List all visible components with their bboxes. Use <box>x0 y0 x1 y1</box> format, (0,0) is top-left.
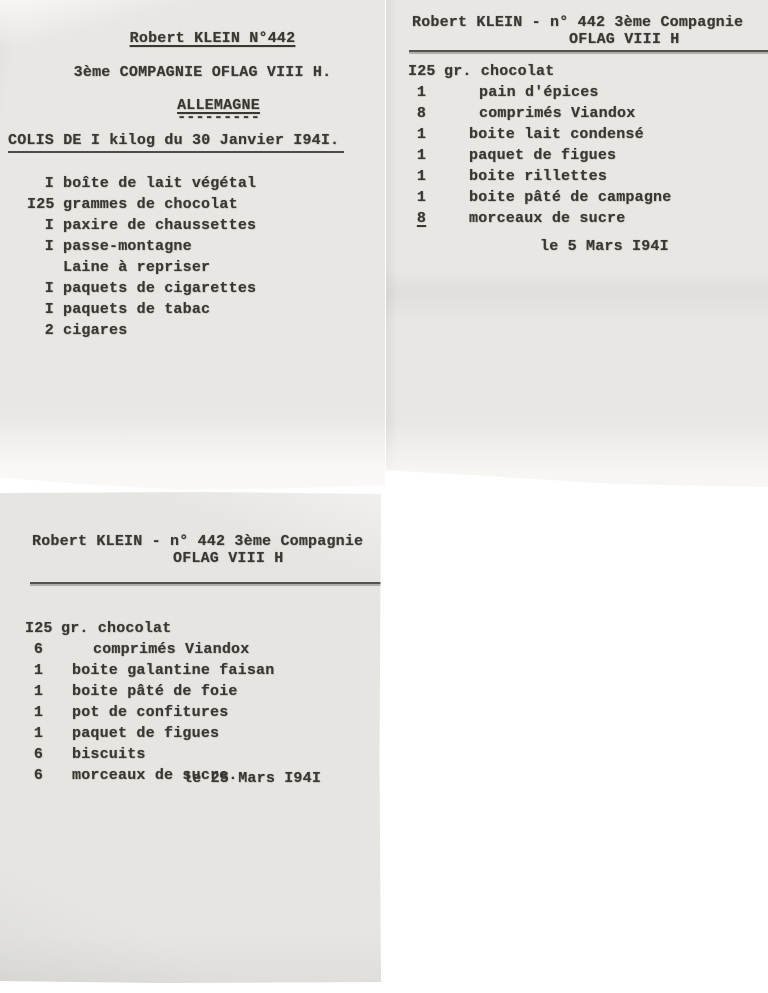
parcel-note-25-mars-1941: Robert KLEIN - n° 442 3ème Compagnie OFL… <box>0 492 381 984</box>
item-desc: gr. chocolat <box>61 618 171 639</box>
item-line: I25grammes de chocolat <box>27 194 256 215</box>
item-line: Ipaxire de chaussettes <box>27 215 256 236</box>
item-qty: 6 <box>25 639 52 660</box>
item-line: 1boite pâté de campagne <box>408 187 671 208</box>
item-desc: paquets de tabac <box>63 299 210 320</box>
item-desc: boite pâté de campagne <box>469 187 671 208</box>
item-qty: I25 <box>408 61 435 82</box>
item-qty: I25 <box>25 618 52 639</box>
parcel-title-line: COLIS DE I kilog du 30 Janvier I94I. <box>8 132 344 153</box>
item-qty: 1 <box>408 166 435 187</box>
item-desc: Laine à repriser <box>63 257 210 278</box>
item-line: Ipaquets de tabac <box>27 299 256 320</box>
item-desc: boite lait condensé <box>469 124 644 145</box>
item-line: 1boite rillettes <box>408 166 671 187</box>
item-line: 1pain d'épices <box>408 82 671 103</box>
item-desc: gr. chocolat <box>444 61 554 82</box>
item-line: 8morceaux de sucre <box>408 208 671 229</box>
item-desc: morceaux de sucre <box>469 208 625 229</box>
parcel-item-list: I25gr. chocolat 1pain d'épices 8comprimé… <box>408 61 671 229</box>
paper-surface: Robert KLEIN - n° 442 3ème Compagnie OFL… <box>386 0 768 489</box>
company-line: 3ème COMPAGNIE OFLAG VIII H. <box>0 64 385 81</box>
item-qty: 8 <box>408 103 435 124</box>
camp-line: OFLAG VIII H <box>173 550 283 567</box>
item-line: I25gr. chocolat <box>25 618 274 639</box>
item-qty: 6 <box>25 765 52 786</box>
item-line: Ipaquets de cigarettes <box>27 278 256 299</box>
item-qty: 1 <box>408 145 435 166</box>
item-line: 6biscuits <box>25 744 274 765</box>
camp-line: OFLAG VIII H <box>569 31 679 48</box>
item-desc: paquets de cigarettes <box>63 278 256 299</box>
date-line: le 5 Mars I94I <box>540 238 669 255</box>
item-line: Ipasse-montagne <box>27 236 256 257</box>
item-desc: pot de confitures <box>72 702 228 723</box>
item-line: 1paquet de figues <box>25 723 274 744</box>
item-qty: 8 <box>408 208 435 229</box>
paper-surface: Robert KLEIN N°442 3ème COMPAGNIE OFLAG … <box>0 0 385 491</box>
item-line: Laine à repriser <box>27 257 256 278</box>
item-desc: boite galantine faisan <box>72 660 274 681</box>
item-qty: I <box>27 215 54 236</box>
item-line: 8comprimés Viandox <box>408 103 671 124</box>
item-qty: I <box>27 236 54 257</box>
item-line: 1boite lait condensé <box>408 124 671 145</box>
item-line: 2cigares <box>27 320 256 341</box>
parcel-item-list: I25gr. chocolat 6comprimés Viandox 1boit… <box>25 618 274 786</box>
prisoner-name-line: Robert KLEIN - n° 442 3ème Compagnie <box>32 533 363 550</box>
item-desc: boite pâté de foie <box>72 681 238 702</box>
item-line: 1boite galantine faisan <box>25 660 274 681</box>
item-desc: biscuits <box>72 744 146 765</box>
item-qty <box>27 257 54 278</box>
item-qty: I <box>27 173 54 194</box>
item-qty: 1 <box>25 660 52 681</box>
item-desc: boîte de lait végétal <box>63 173 256 194</box>
country-dashes: --------- <box>0 109 385 126</box>
item-qty: 1 <box>408 124 435 145</box>
item-qty: 6 <box>25 744 52 765</box>
item-desc: paquet de figues <box>469 145 616 166</box>
paper-surface: Robert KLEIN - n° 442 3ème Compagnie OFL… <box>0 492 381 984</box>
item-desc: pain d'épices <box>479 82 599 103</box>
item-qty: I <box>27 299 54 320</box>
item-qty: 1 <box>408 187 435 208</box>
parcel-item-list: Iboîte de lait végétal I25grammes de cho… <box>27 173 256 341</box>
prisoner-name-line: Robert KLEIN - n° 442 3ème Compagnie <box>412 14 743 31</box>
scanned-documents-page: Robert KLEIN N°442 3ème COMPAGNIE OFLAG … <box>0 0 768 993</box>
prisoner-name-text: Robert KLEIN N°442 <box>130 30 296 47</box>
item-desc: comprimés Viandox <box>93 639 249 660</box>
item-desc: comprimés Viandox <box>479 103 635 124</box>
item-line: 1boite pâté de foie <box>25 681 274 702</box>
date-line: le 25 Mars I94I <box>183 770 321 787</box>
parcel-title-text: COLIS DE I kilog du 30 Janvier I94I. <box>8 132 344 153</box>
item-qty: 1 <box>25 702 52 723</box>
header-rule <box>30 582 381 584</box>
item-qty: 1 <box>408 82 435 103</box>
item-desc: boite rillettes <box>469 166 607 187</box>
item-qty: I25 <box>27 194 54 215</box>
item-line: 6comprimés Viandox <box>25 639 274 660</box>
item-desc: paquet de figues <box>72 723 219 744</box>
item-qty: 2 <box>27 320 54 341</box>
item-line: Iboîte de lait végétal <box>27 173 256 194</box>
item-desc: passe-montagne <box>63 236 192 257</box>
item-desc: grammes de chocolat <box>63 194 238 215</box>
item-qty: 1 <box>25 681 52 702</box>
parcel-note-5-mars-1941: Robert KLEIN - n° 442 3ème Compagnie OFL… <box>386 0 768 489</box>
item-qty: 1 <box>25 723 52 744</box>
parcel-note-30-janvier-1941: Robert KLEIN N°442 3ème COMPAGNIE OFLAG … <box>0 0 385 491</box>
item-desc: paxire de chaussettes <box>63 215 256 236</box>
prisoner-name-line: Robert KLEIN N°442 <box>0 30 385 47</box>
item-desc: cigares <box>63 320 127 341</box>
header-rule <box>409 50 768 52</box>
item-line: I25gr. chocolat <box>408 61 671 82</box>
item-qty: I <box>27 278 54 299</box>
item-line: 1paquet de figues <box>408 145 671 166</box>
item-line: 1pot de confitures <box>25 702 274 723</box>
